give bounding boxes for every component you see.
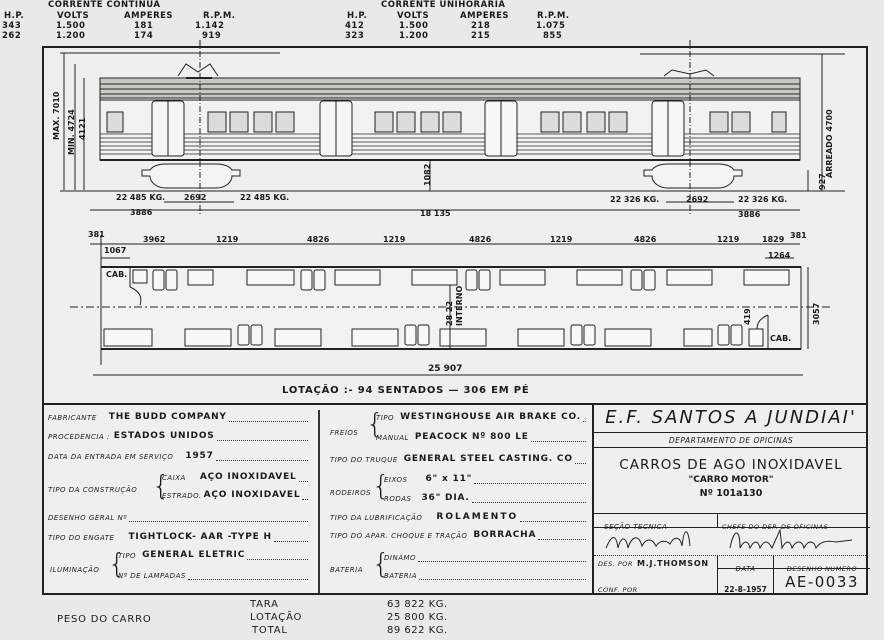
value: 6" x 11" bbox=[426, 474, 473, 484]
label: EIXOS bbox=[384, 476, 408, 484]
label: DATA DA ENTRADA EM SERVIÇO bbox=[48, 453, 173, 461]
field-eixos: EIXOS 6" x 11" bbox=[384, 474, 586, 484]
des-por-value: M.J.THOMSON bbox=[637, 559, 709, 568]
label: Nº DE LAMPADAS bbox=[118, 572, 186, 580]
dim-min-height: MIN. 4724 bbox=[67, 109, 76, 155]
weight-label: PESO DO CARRO bbox=[57, 614, 152, 625]
field-procedencia: PROCEDENCIA : ESTADOS UNIDOS bbox=[48, 431, 308, 441]
signatures bbox=[598, 528, 878, 556]
tipo-construcao-label: TIPO DA CONSTRUÇÃO bbox=[48, 486, 137, 494]
railway-name: E.F. SANTOS A JUNDIAI' bbox=[605, 407, 857, 428]
dim-4121: 4121 bbox=[78, 118, 87, 140]
value: THE BUDD COMPANY bbox=[109, 412, 227, 422]
field-caixa: CAIXA AÇO INOXIDAVEL bbox=[162, 472, 308, 482]
label: PROCEDENCIA : bbox=[48, 433, 110, 441]
dim-cab-right: 1264 bbox=[768, 251, 790, 260]
department: DEPARTAMENTO DE OPICINAS bbox=[669, 436, 793, 445]
label: TIPO DO ENGATE bbox=[48, 534, 114, 542]
cab-label-right: CAB. bbox=[770, 334, 791, 343]
load-right-1: 22 326 KG. bbox=[610, 195, 659, 204]
desenho-numero-value: AE-0033 bbox=[785, 573, 859, 591]
label: TIPO DA LUBRIFICAÇÃO bbox=[330, 514, 422, 522]
weight-tara-label: TARA bbox=[250, 599, 279, 610]
value: BORRACHA bbox=[473, 530, 536, 540]
dim-927: 927 bbox=[818, 173, 827, 190]
dim: 4826 bbox=[307, 235, 329, 244]
drawing-title: CARROS DE AGO INOXIDAVEL bbox=[594, 457, 868, 473]
label: TIPO DO APAR. CHOQUE E TRAÇÃO bbox=[330, 532, 467, 540]
dim-bogie-left: 2692 bbox=[184, 193, 206, 202]
field-tipo-truque: TIPO DO TRUQUE GENERAL STEEL CASTING. CO bbox=[330, 454, 586, 464]
bateria-label: BATERIA bbox=[330, 566, 363, 574]
field-bateria: BATERIA bbox=[384, 572, 586, 580]
weight-lotacao-label: LOTAÇÃO bbox=[250, 612, 302, 623]
load-left-1: 22 485 KG. bbox=[116, 193, 165, 202]
load-right-2: 22 326 KG. bbox=[738, 195, 787, 204]
field-choque-tracao: TIPO DO APAR. CHOQUE E TRAÇÃO BORRACHA bbox=[330, 530, 586, 540]
dim: 1829 bbox=[762, 235, 784, 244]
label: TIPO bbox=[118, 552, 136, 560]
value: 1957 bbox=[185, 451, 213, 461]
dim: 3962 bbox=[143, 235, 165, 244]
dim-max-height: MAX. 7010 bbox=[52, 92, 61, 140]
label: DINAMO bbox=[384, 554, 416, 562]
dim-overall-length: 25 907 bbox=[428, 364, 462, 374]
label: RODAS bbox=[384, 495, 412, 503]
value: ESTADOS UNIDOS bbox=[114, 431, 215, 441]
dim: 4826 bbox=[634, 235, 656, 244]
title-block: E.F. SANTOS A JUNDIAI' DEPARTAMENTO DE O… bbox=[592, 403, 868, 595]
label: FABRICANTE bbox=[48, 414, 97, 422]
dim-1082: 1082 bbox=[423, 164, 432, 186]
dim-cab-left: 1067 bbox=[104, 246, 126, 255]
dim-419: 419 bbox=[743, 308, 752, 325]
value: GENERAL ELETRIC bbox=[142, 550, 245, 560]
capacity-text: LOTAÇÃO :- 94 SENTADOS — 306 EM PÉ bbox=[282, 385, 530, 396]
value: GENERAL STEEL CASTING. CO bbox=[404, 454, 573, 464]
dim-overhang-right: 3886 bbox=[738, 210, 760, 219]
iluminacao-label: ILUMINAÇÃO bbox=[50, 566, 99, 574]
dim-bogie-right: 2692 bbox=[686, 195, 708, 204]
label: TIPO DO TRUQUE bbox=[330, 456, 398, 464]
dim-interior-width: 28 22 bbox=[445, 301, 454, 326]
divider bbox=[318, 410, 320, 593]
label: DESENHO GERAL Nº bbox=[48, 514, 127, 522]
interior-label: INTERNO bbox=[455, 286, 464, 326]
dim: 381 bbox=[790, 231, 807, 240]
field-estrado: ESTRADO. AÇO INOXIDAVEL bbox=[162, 490, 308, 500]
data-value: 22-8-1957 bbox=[724, 585, 767, 594]
value: TIGHTLOCK- AAR -TYPE H bbox=[128, 532, 271, 542]
label: ESTRADO. bbox=[162, 492, 202, 500]
value: ROLAMENTO bbox=[436, 512, 518, 522]
field-lampadas: Nº DE LAMPADAS bbox=[118, 572, 308, 580]
field-freios-manual: MANUAL PEACOCK Nº 800 LE bbox=[376, 432, 586, 442]
drawing-subtitle: "CARRO MOTOR" bbox=[594, 475, 868, 485]
dim: 1219 bbox=[216, 235, 238, 244]
value: AÇO INOXIDAVEL bbox=[204, 490, 301, 500]
weight-total-value: 89 622 KG. bbox=[387, 625, 448, 636]
field-tipo-engate: TIPO DO ENGATE TIGHTLOCK- AAR -TYPE H bbox=[48, 532, 308, 542]
weight-total-label: TOTAL bbox=[252, 625, 288, 636]
freios-label: FREIOS bbox=[330, 429, 358, 437]
dim-overhang-left: 3886 bbox=[130, 208, 152, 217]
des-por-label: DES. POR bbox=[598, 560, 633, 568]
dim: 4826 bbox=[469, 235, 491, 244]
dim: 1219 bbox=[383, 235, 405, 244]
dim: 381 bbox=[88, 230, 105, 239]
dim-arreado: ARREADO 4700 bbox=[825, 109, 834, 178]
field-data-entrada: DATA DA ENTRADA EM SERVIÇO 1957 bbox=[48, 451, 308, 461]
plan-view-drawing bbox=[0, 225, 884, 385]
conf-por-label: CONF. POR bbox=[598, 586, 638, 594]
label: TIPO bbox=[376, 414, 394, 422]
car-numbers: Nº 101a130 bbox=[594, 488, 868, 499]
field-rodas: RODAS 36" DIA. bbox=[384, 493, 586, 503]
field-freios-tipo: TIPO WESTINGHOUSE AIR BRAKE CO. bbox=[376, 412, 586, 422]
weight-lotacao-value: 25 800 KG. bbox=[387, 612, 448, 623]
field-desenho-geral: DESENHO GERAL Nº bbox=[48, 514, 308, 522]
value: WESTINGHOUSE AIR BRAKE CO. bbox=[400, 412, 581, 422]
label: BATERIA bbox=[384, 572, 417, 580]
weight-tara-value: 63 822 KG. bbox=[387, 599, 448, 610]
value: PEACOCK Nº 800 LE bbox=[415, 432, 529, 442]
field-lubrificacao: TIPO DA LUBRIFICAÇÃO ROLAMENTO bbox=[330, 512, 586, 522]
dim-bogie-centers: 18 135 bbox=[420, 209, 451, 218]
dim-exterior-width: 3057 bbox=[812, 303, 821, 325]
value: 36" DIA. bbox=[422, 493, 470, 503]
load-left-2: 22 485 KG. bbox=[240, 193, 289, 202]
field-fabricante: FABRICANTE THE BUDD COMPANY bbox=[48, 412, 308, 422]
rodeiros-label: RODEIROS bbox=[330, 489, 371, 497]
dim: 1219 bbox=[550, 235, 572, 244]
label: MANUAL bbox=[376, 434, 409, 442]
field-dinamo: DINAMO bbox=[384, 554, 586, 562]
value: AÇO INOXIDAVEL bbox=[200, 472, 297, 482]
cab-label-left: CAB. bbox=[106, 270, 127, 279]
dim: 1219 bbox=[717, 235, 739, 244]
label: CAIXA bbox=[162, 474, 186, 482]
field-iluminacao-tipo: TIPO GENERAL ELETRIC bbox=[118, 550, 308, 560]
